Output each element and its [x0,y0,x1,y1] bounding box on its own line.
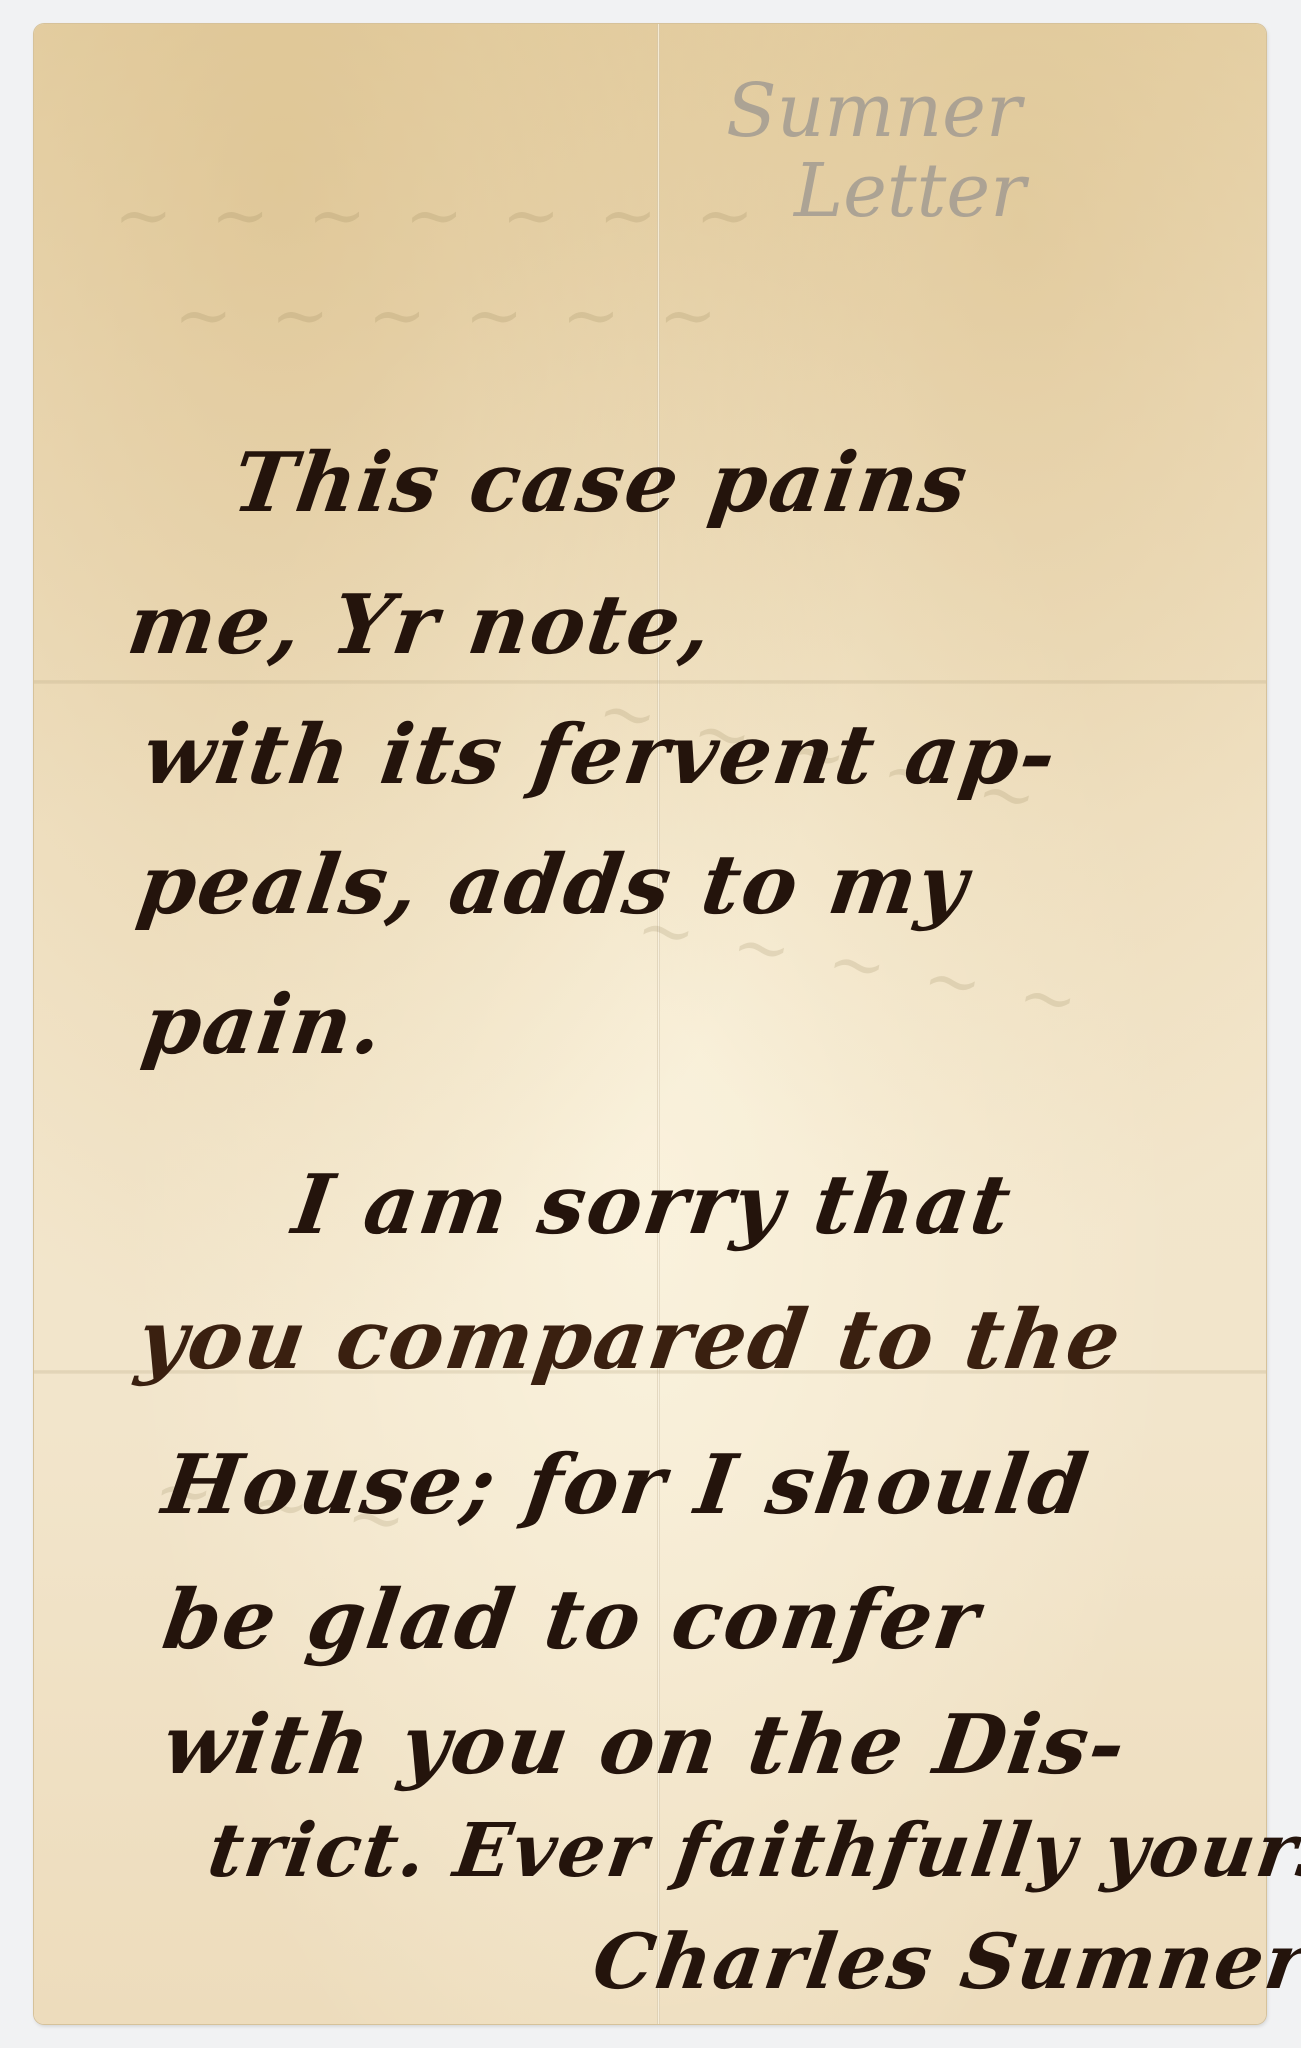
letter-line-9: be glad to confer [158,1579,985,1661]
letter-line-8: House; for I should [158,1444,1094,1526]
pencil-annotation-line-2: Letter [794,154,1026,228]
letter-line-4: peals, adds to my [133,844,974,926]
bleed-through-ink: ~ ~ ~ ~ ~ ~ ~ [114,174,762,256]
letter-line-2: me, Yr note, [123,584,718,666]
bleed-through-ink: ~ ~ ~ ~ ~ ~ [174,274,725,356]
letter-line-11: trict. Ever faithfully yours, [204,1814,1301,1888]
letter-line-6: I am sorry that [288,1164,1017,1246]
letter-paper: ~ ~ ~ ~ ~ ~ ~ ~ ~ ~ ~ ~ ~ ~ ~ ~ ~ ~ ~ ~ … [34,24,1266,2024]
letter-line-1: This case pains [228,442,973,524]
letter-line-5: pain. [138,984,389,1066]
pencil-annotation-line-1: Sumner [726,74,1021,148]
signature: Charles Sumner [589,1924,1301,2000]
letter-line-7: you compared to the [133,1299,1127,1381]
letter-line-10: with you on the Dis- [158,1704,1131,1786]
letter-line-3: with its fervent ap- [138,714,1062,796]
